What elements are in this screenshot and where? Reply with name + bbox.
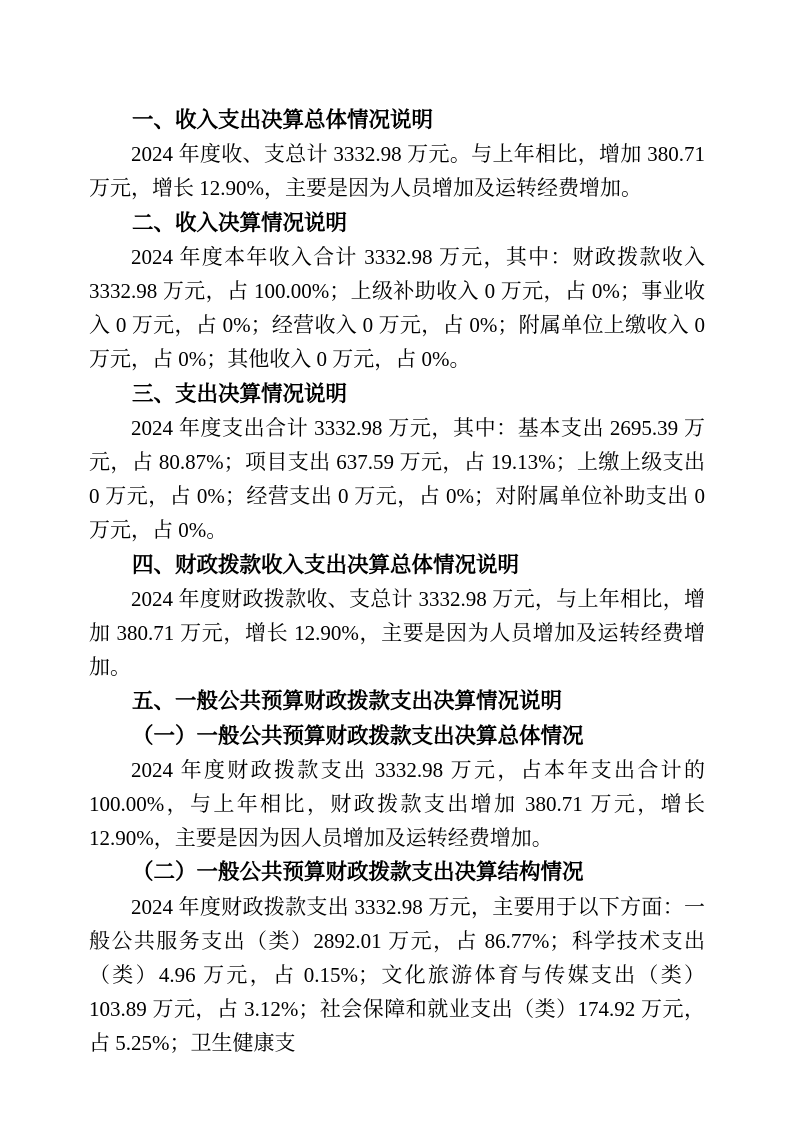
document-content: 一、收入支出决算总体情况说明2024 年度收、支总计 3332.98 万元。与上… (89, 103, 705, 1061)
section-paragraph: 2024 年度支出合计 3332.98 万元，其中：基本支出 2695.39 万… (89, 411, 705, 548)
section-heading: 一、收入支出决算总体情况说明 (89, 103, 705, 137)
section-paragraph: 2024 年度财政拨款收、支总计 3332.98 万元，与上年相比，增加 380… (89, 582, 705, 685)
section-heading: 五、一般公共预算财政拨款支出决算情况说明 (89, 684, 705, 718)
section-heading: 二、收入决算情况说明 (89, 206, 705, 240)
section-paragraph: 2024 年度本年收入合计 3332.98 万元，其中：财政拨款收入 3332.… (89, 240, 705, 377)
section-subheading: （二）一般公共预算财政拨款支出决算结构情况 (89, 855, 705, 889)
section-paragraph: 2024 年度财政拨款支出 3332.98 万元，占本年支出合计的 100.00… (89, 753, 705, 856)
section-paragraph: 2024 年度财政拨款支出 3332.98 万元，主要用于以下方面：一般公共服务… (89, 890, 705, 1061)
section-heading: 四、财政拨款收入支出决算总体情况说明 (89, 548, 705, 582)
section-paragraph: 2024 年度收、支总计 3332.98 万元。与上年相比，增加 380.71 … (89, 137, 705, 205)
section-subheading: （一）一般公共预算财政拨款支出决算总体情况 (89, 719, 705, 753)
section-heading: 三、支出决算情况说明 (89, 377, 705, 411)
document-page: 一、收入支出决算总体情况说明2024 年度收、支总计 3332.98 万元。与上… (0, 0, 793, 1122)
